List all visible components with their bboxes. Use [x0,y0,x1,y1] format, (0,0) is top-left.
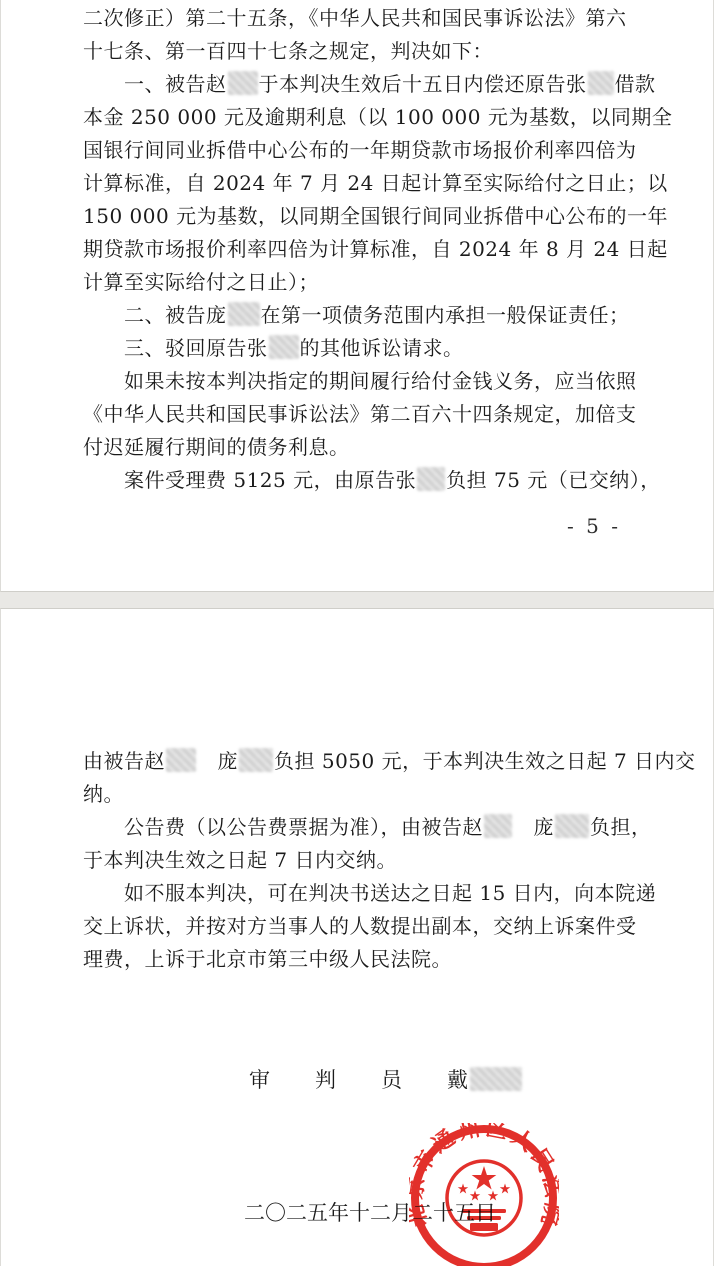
judgment-text-line: 如不服本判决，可在判决书送达之日起 15 日内，向本院递 [83,877,625,910]
text-run: 理费，上诉于北京市第三中级人民法院。 [83,947,452,971]
text-run: 十七条、第一百四十七条之规定，判决如下： [83,39,493,63]
page-6-text-column: 由被告赵 庞负担 5050 元，于本判决生效之日起 7 日内交纳。 公告费（以公… [1,609,713,976]
judgment-text-line: 计算标准，自 2024 年 7 月 24 日起计算至实际给付之日止；以 [83,167,625,200]
judgment-text-line: 于本判决生效之日起 7 日内交纳。 [83,844,625,877]
judgment-text-line: 公告费（以公告费票据为准），由被告赵 庞负担， [83,811,625,844]
redacted-name [228,71,258,95]
text-run: 一、被告赵 [83,72,227,96]
judgment-text-line: 案件受理费 5125 元，由原告张负担 75 元（已交纳）， [83,464,625,497]
seal-ring [415,1129,553,1266]
redacted-name [239,748,273,772]
judgment-text-line: 审 判 员 戴 [249,1064,713,1097]
text-run: 于本判决生效后十五日内偿还原告张 [259,72,587,96]
judgment-text-line: 理费，上诉于北京市第三中级人民法院。 [83,943,625,976]
text-run: 的其他诉讼请求。 [300,336,464,360]
judgment-text-line: 由被告赵 庞负担 5050 元，于本判决生效之日起 7 日内交 [83,745,625,778]
text-run: 《中华人民共和国民事诉讼法》第二百六十四条规定，加倍支 [83,402,637,426]
redacted-name [555,814,589,838]
text-run: 案件受理费 5125 元，由原告张 [83,468,416,492]
text-run: 在第一项债务范围内承担一般保证责任； [261,303,630,327]
text-run: 二次修正）第二十五条，《中华人民共和国民事诉讼法》第六 [83,6,627,30]
page-separator [0,592,714,608]
judgment-text-line: 本金 250 000 元及逾期利息（以 100 000 元为基数，以同期全 [83,101,625,134]
judgment-text-line: 计算至实际给付之日止）； [83,266,625,299]
judgment-page-6: 由被告赵 庞负担 5050 元，于本判决生效之日起 7 日内交纳。 公告费（以公… [0,608,714,1266]
judgment-page-5: 二次修正）第二十五条，《中华人民共和国民事诉讼法》第六十七条、第一百四十七条之规… [0,0,714,592]
text-run: 借款 [615,72,656,96]
judgment-text-line: 三、驳回原告张的其他诉讼请求。 [83,332,625,365]
text-run: 如不服本判决，可在判决书送达之日起 15 日内，向本院递 [83,881,656,905]
text-run: 负担 5050 元，于本判决生效之日起 7 日内交 [274,749,696,773]
judgment-text-line: 期贷款市场报价利率四倍为计算标准，自 2024 年 8 月 24 日起 [83,233,625,266]
judgment-text-line: 二次修正）第二十五条，《中华人民共和国民事诉讼法》第六 [83,2,625,35]
text-run: 付迟延履行期间的债务利息。 [83,435,350,459]
text-run: 庞 [513,815,554,839]
text-run: 150 000 元为基数，以同期全国银行间同业拆借中心公布的一年 [83,204,668,228]
redacted-name [484,814,512,838]
redacted-name [588,71,614,95]
text-run: 三、驳回原告张 [83,336,268,360]
judgment-date: 二〇二五年十二月二十五日 [1,1197,713,1230]
redacted-name [417,467,445,491]
judgment-text-line: 付迟延履行期间的债务利息。 [83,431,625,464]
text-run: 国银行间同业拆借中心公布的一年期贷款市场报价利率四倍为 [83,138,637,162]
judgment-text-line: 如果未按本判决指定的期间履行给付金钱义务，应当依照 [83,365,625,398]
text-run: 期贷款市场报价利率四倍为计算标准，自 2024 年 8 月 24 日起 [83,237,668,261]
judgment-text-line: 一、被告赵于本判决生效后十五日内偿还原告张借款 [83,68,625,101]
redacted-name [166,748,196,772]
text-run: 纳。 [83,782,124,806]
judge-signature-line: 审 判 员 戴 [1,1064,713,1097]
page-number: - 5 - [1,514,713,538]
redacted-name [470,1067,522,1091]
judgment-text-line: 《中华人民共和国民事诉讼法》第二百六十四条规定，加倍支 [83,398,625,431]
redacted-name [269,335,299,359]
text-run: 计算标准，自 2024 年 7 月 24 日起计算至实际给付之日止；以 [83,171,668,195]
judgment-text-line: 十七条、第一百四十七条之规定，判决如下： [83,35,625,68]
text-run: 负担， [590,815,652,839]
judgment-text-line: 纳。 [83,778,625,811]
text-run: 交上诉状，并按对方当事人的人数提出副本，交纳上诉案件受 [83,914,637,938]
judgment-text-line: 150 000 元为基数，以同期全国银行间同业拆借中心公布的一年 [83,200,625,233]
judgment-text-line: 交上诉状，并按对方当事人的人数提出副本，交纳上诉案件受 [83,910,625,943]
text-run: 于本判决生效之日起 7 日内交纳。 [83,848,397,872]
text-run: 庞 [197,749,238,773]
text-run: 本金 250 000 元及逾期利息（以 100 000 元为基数，以同期全 [83,105,672,129]
page-5-text-column: 二次修正）第二十五条，《中华人民共和国民事诉讼法》第六十七条、第一百四十七条之规… [1,0,713,497]
text-run: 审 判 员 戴 [249,1068,469,1092]
redacted-name [228,302,260,326]
text-run: 由被告赵 [83,749,165,773]
court-seal: 北京市通州区人民法院 [409,1123,559,1266]
text-run: 如果未按本判决指定的期间履行给付金钱义务，应当依照 [83,369,637,393]
text-run: 二、被告庞 [83,303,227,327]
text-run: 计算至实际给付之日止）； [83,270,319,294]
judgment-text-line: 国银行间同业拆借中心公布的一年期贷款市场报价利率四倍为 [83,134,625,167]
judgment-text-line: 二、被告庞在第一项债务范围内承担一般保证责任； [83,299,625,332]
text-run: 负担 75 元（已交纳）， [446,468,661,492]
text-run: 公告费（以公告费票据为准），由被告赵 [83,815,483,839]
seal-star-emblem-icon [447,1161,521,1235]
